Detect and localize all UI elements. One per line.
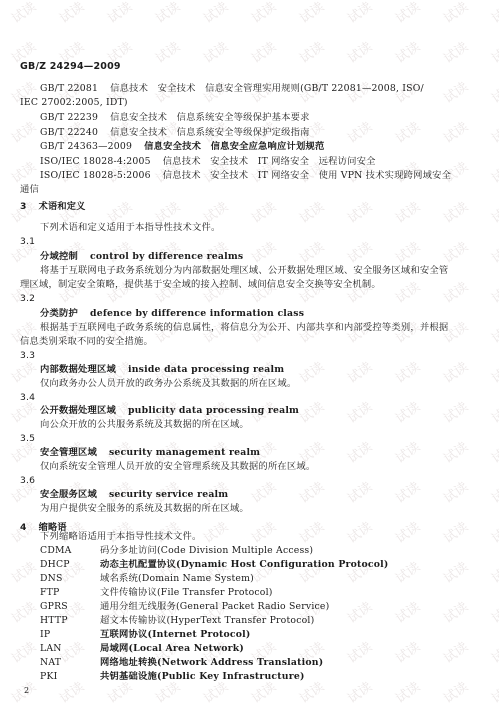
term-definition: 将基于互联网电子政务系统划分为内部数据处理区域、公开数据处理区域、安全服务区域和… <box>40 265 448 277</box>
reference-item: ISO/IEC 18028-4:2005信息技术 安全技术 IT 网络安全 远程… <box>40 156 376 168</box>
term-en: defence by difference information class <box>90 308 304 319</box>
term-definition: 向公众开放的公共服务系统及其数据的所在区域。 <box>40 419 249 431</box>
abbreviation-meaning: 动态主机配置协议(Dynamic Host Configuration Prot… <box>100 559 389 570</box>
reference-continuation: IEC 27002:2005, IDT) <box>20 97 128 109</box>
abbreviation: CDMA <box>40 545 100 557</box>
abbreviation-meaning: 超文本传输协议(HyperText Transfer Protocol) <box>100 615 314 626</box>
term-definition: 仅向系统安全管理人员开放的安全管理系统及其数据的所在区域。 <box>40 461 315 473</box>
reference-item: GB/T 22081信息技术 安全技术 信息安全管理实用规则(GB/T 2208… <box>40 83 424 95</box>
abbreviation: HTTP <box>40 615 100 627</box>
abbreviation-item: GPRS通用分组无线服务(General Packet Radio Servic… <box>40 601 329 613</box>
abbreviation: IP <box>40 629 100 641</box>
term-heading: 公开数据处理区域publicity data processing realm <box>40 405 299 417</box>
abbreviation-item: DNS域名系统(Domain Name System) <box>40 573 254 585</box>
abbreviation-meaning: 互联网协议(Internet Protocol) <box>100 629 250 640</box>
section-intro: 下列缩略语适用于本指导性技术文件。 <box>40 531 201 543</box>
reference-item: GB/T 22240信息安全技术 信息系统安全等级保护定级指南 <box>40 127 310 139</box>
abbreviation: NAT <box>40 657 100 669</box>
abbreviation: FTP <box>40 587 100 599</box>
page-number: 2 <box>24 685 29 697</box>
section-title: 术语和定义 <box>39 201 86 212</box>
term-number: 3.2 <box>20 293 35 305</box>
abbreviation-meaning: 文件传输协议(File Transfer Protocol) <box>100 587 273 598</box>
term-cn: 分域控制 <box>40 251 78 262</box>
reference-code: GB/T 22240 <box>40 127 98 138</box>
reference-continuation: 通信 <box>20 184 39 196</box>
term-heading: 安全服务区域security service realm <box>40 489 228 501</box>
term-en: control by difference realms <box>90 251 243 262</box>
abbreviation-item: IP互联网协议(Internet Protocol) <box>40 629 250 641</box>
term-number: 3.5 <box>20 433 35 445</box>
reference-title: 信息安全技术 信息系统安全等级保护基本要求 <box>110 112 309 123</box>
term-definition: 仅向政务办公人员开放的政务办公系统及其数据的所在区域。 <box>40 378 296 390</box>
term-cn: 内部数据处理区域 <box>40 364 116 375</box>
term-en: publicity data processing realm <box>128 405 299 416</box>
term-en: security management realm <box>109 447 260 458</box>
reference-code: GB/T 22239 <box>40 112 98 123</box>
term-definition: 根据基于互联网电子政务系统的信息属性，将信息分为公开、内部共享和内部受控等类别，… <box>40 322 448 334</box>
term-number: 3.1 <box>20 236 35 248</box>
abbreviation-item: DHCP动态主机配置协议(Dynamic Host Configuration … <box>40 559 389 571</box>
reference-code: GB/T 22081 <box>40 83 98 94</box>
abbreviation-item: CDMA码分多址访问(Code Division Multiple Access… <box>40 545 313 557</box>
term-en: security service realm <box>109 489 228 500</box>
abbreviation-item: LAN局域网(Local Area Network) <box>40 643 244 655</box>
term-cn: 公开数据处理区域 <box>40 405 116 416</box>
abbreviation-meaning: 共钥基础设施(Public Key Infrastructure) <box>100 671 305 682</box>
abbreviation: GPRS <box>40 601 100 613</box>
term-number: 3.4 <box>20 392 35 404</box>
abbreviation-item: NAT网络地址转换(Network Address Translation) <box>40 657 323 669</box>
term-heading: 安全管理区域security management realm <box>40 447 260 459</box>
section-number: 3 <box>20 201 27 212</box>
abbreviation-item: FTP文件传输协议(File Transfer Protocol) <box>40 587 273 599</box>
abbreviation: DNS <box>40 573 100 585</box>
reference-title: 信息安全技术 信息系统安全等级保护定级指南 <box>110 127 309 138</box>
abbreviation-meaning: 局域网(Local Area Network) <box>100 643 244 654</box>
reference-item: GB/T 22239信息安全技术 信息系统安全等级保护基本要求 <box>40 112 310 124</box>
reference-item: ISO/IEC 18028-5:2006信息技术 安全技术 IT 网络安全 使用… <box>40 170 451 182</box>
standard-number-header: GB/Z 24294—2009 <box>20 61 121 73</box>
term-heading: 分类防护defence by difference information cl… <box>40 308 304 320</box>
term-heading: 内部数据处理区域inside data processing realm <box>40 364 284 376</box>
abbreviation: LAN <box>40 643 100 655</box>
reference-title: 信息技术 安全技术 信息安全管理实用规则(GB/T 22081—2008, IS… <box>110 83 424 94</box>
abbreviation-meaning: 通用分组无线服务(General Packet Radio Service) <box>100 601 329 612</box>
term-definition: 理区域，制定安全策略，提供基于安全域的接入控制、域间信息安全交换等安全机制。 <box>20 279 381 291</box>
term-cn: 安全管理区域 <box>40 447 97 458</box>
term-definition: 为用户提供安全服务的系统及其数据的所在区域。 <box>40 503 249 515</box>
term-cn: 安全服务区域 <box>40 489 97 500</box>
reference-code: ISO/IEC 18028-4:2005 <box>40 156 151 167</box>
abbreviation: PKI <box>40 671 100 683</box>
abbreviation-item: PKI共钥基础设施(Public Key Infrastructure) <box>40 671 305 683</box>
reference-title: 信息安全技术 信息安全应急响应计划规范 <box>144 141 324 152</box>
term-number: 3.3 <box>20 350 35 362</box>
section-heading: 3术语和定义 <box>20 201 86 213</box>
reference-title: 信息技术 安全技术 IT 网络安全 远程访问安全 <box>163 156 376 167</box>
abbreviation-item: HTTP超文本传输协议(HyperText Transfer Protocol) <box>40 615 314 627</box>
section-number: 4 <box>20 522 27 533</box>
abbreviation-meaning: 码分多址访问(Code Division Multiple Access) <box>100 545 313 556</box>
term-heading: 分域控制control by difference realms <box>40 251 243 263</box>
term-cn: 分类防护 <box>40 308 78 319</box>
abbreviation: DHCP <box>40 559 100 571</box>
reference-title: 信息技术 安全技术 IT 网络安全 使用 VPN 技术实现跨网域安全 <box>163 170 451 181</box>
reference-item: GB/T 24363—2009信息安全技术 信息安全应急响应计划规范 <box>40 141 325 153</box>
term-definition: 信息类别采取不同的安全措施。 <box>20 336 153 348</box>
term-en: inside data processing realm <box>128 364 284 375</box>
reference-code: GB/T 24363—2009 <box>40 141 132 152</box>
reference-code: ISO/IEC 18028-5:2006 <box>40 170 151 181</box>
term-number: 3.6 <box>20 475 35 487</box>
document-page: GB/Z 24294—2009 GB/T 22081信息技术 安全技术 信息安全… <box>0 0 499 706</box>
abbreviation-meaning: 网络地址转换(Network Address Translation) <box>100 657 323 668</box>
section-intro: 下列术语和定义适用于本指导性技术文件。 <box>40 222 220 234</box>
abbreviation-meaning: 域名系统(Domain Name System) <box>100 573 254 584</box>
